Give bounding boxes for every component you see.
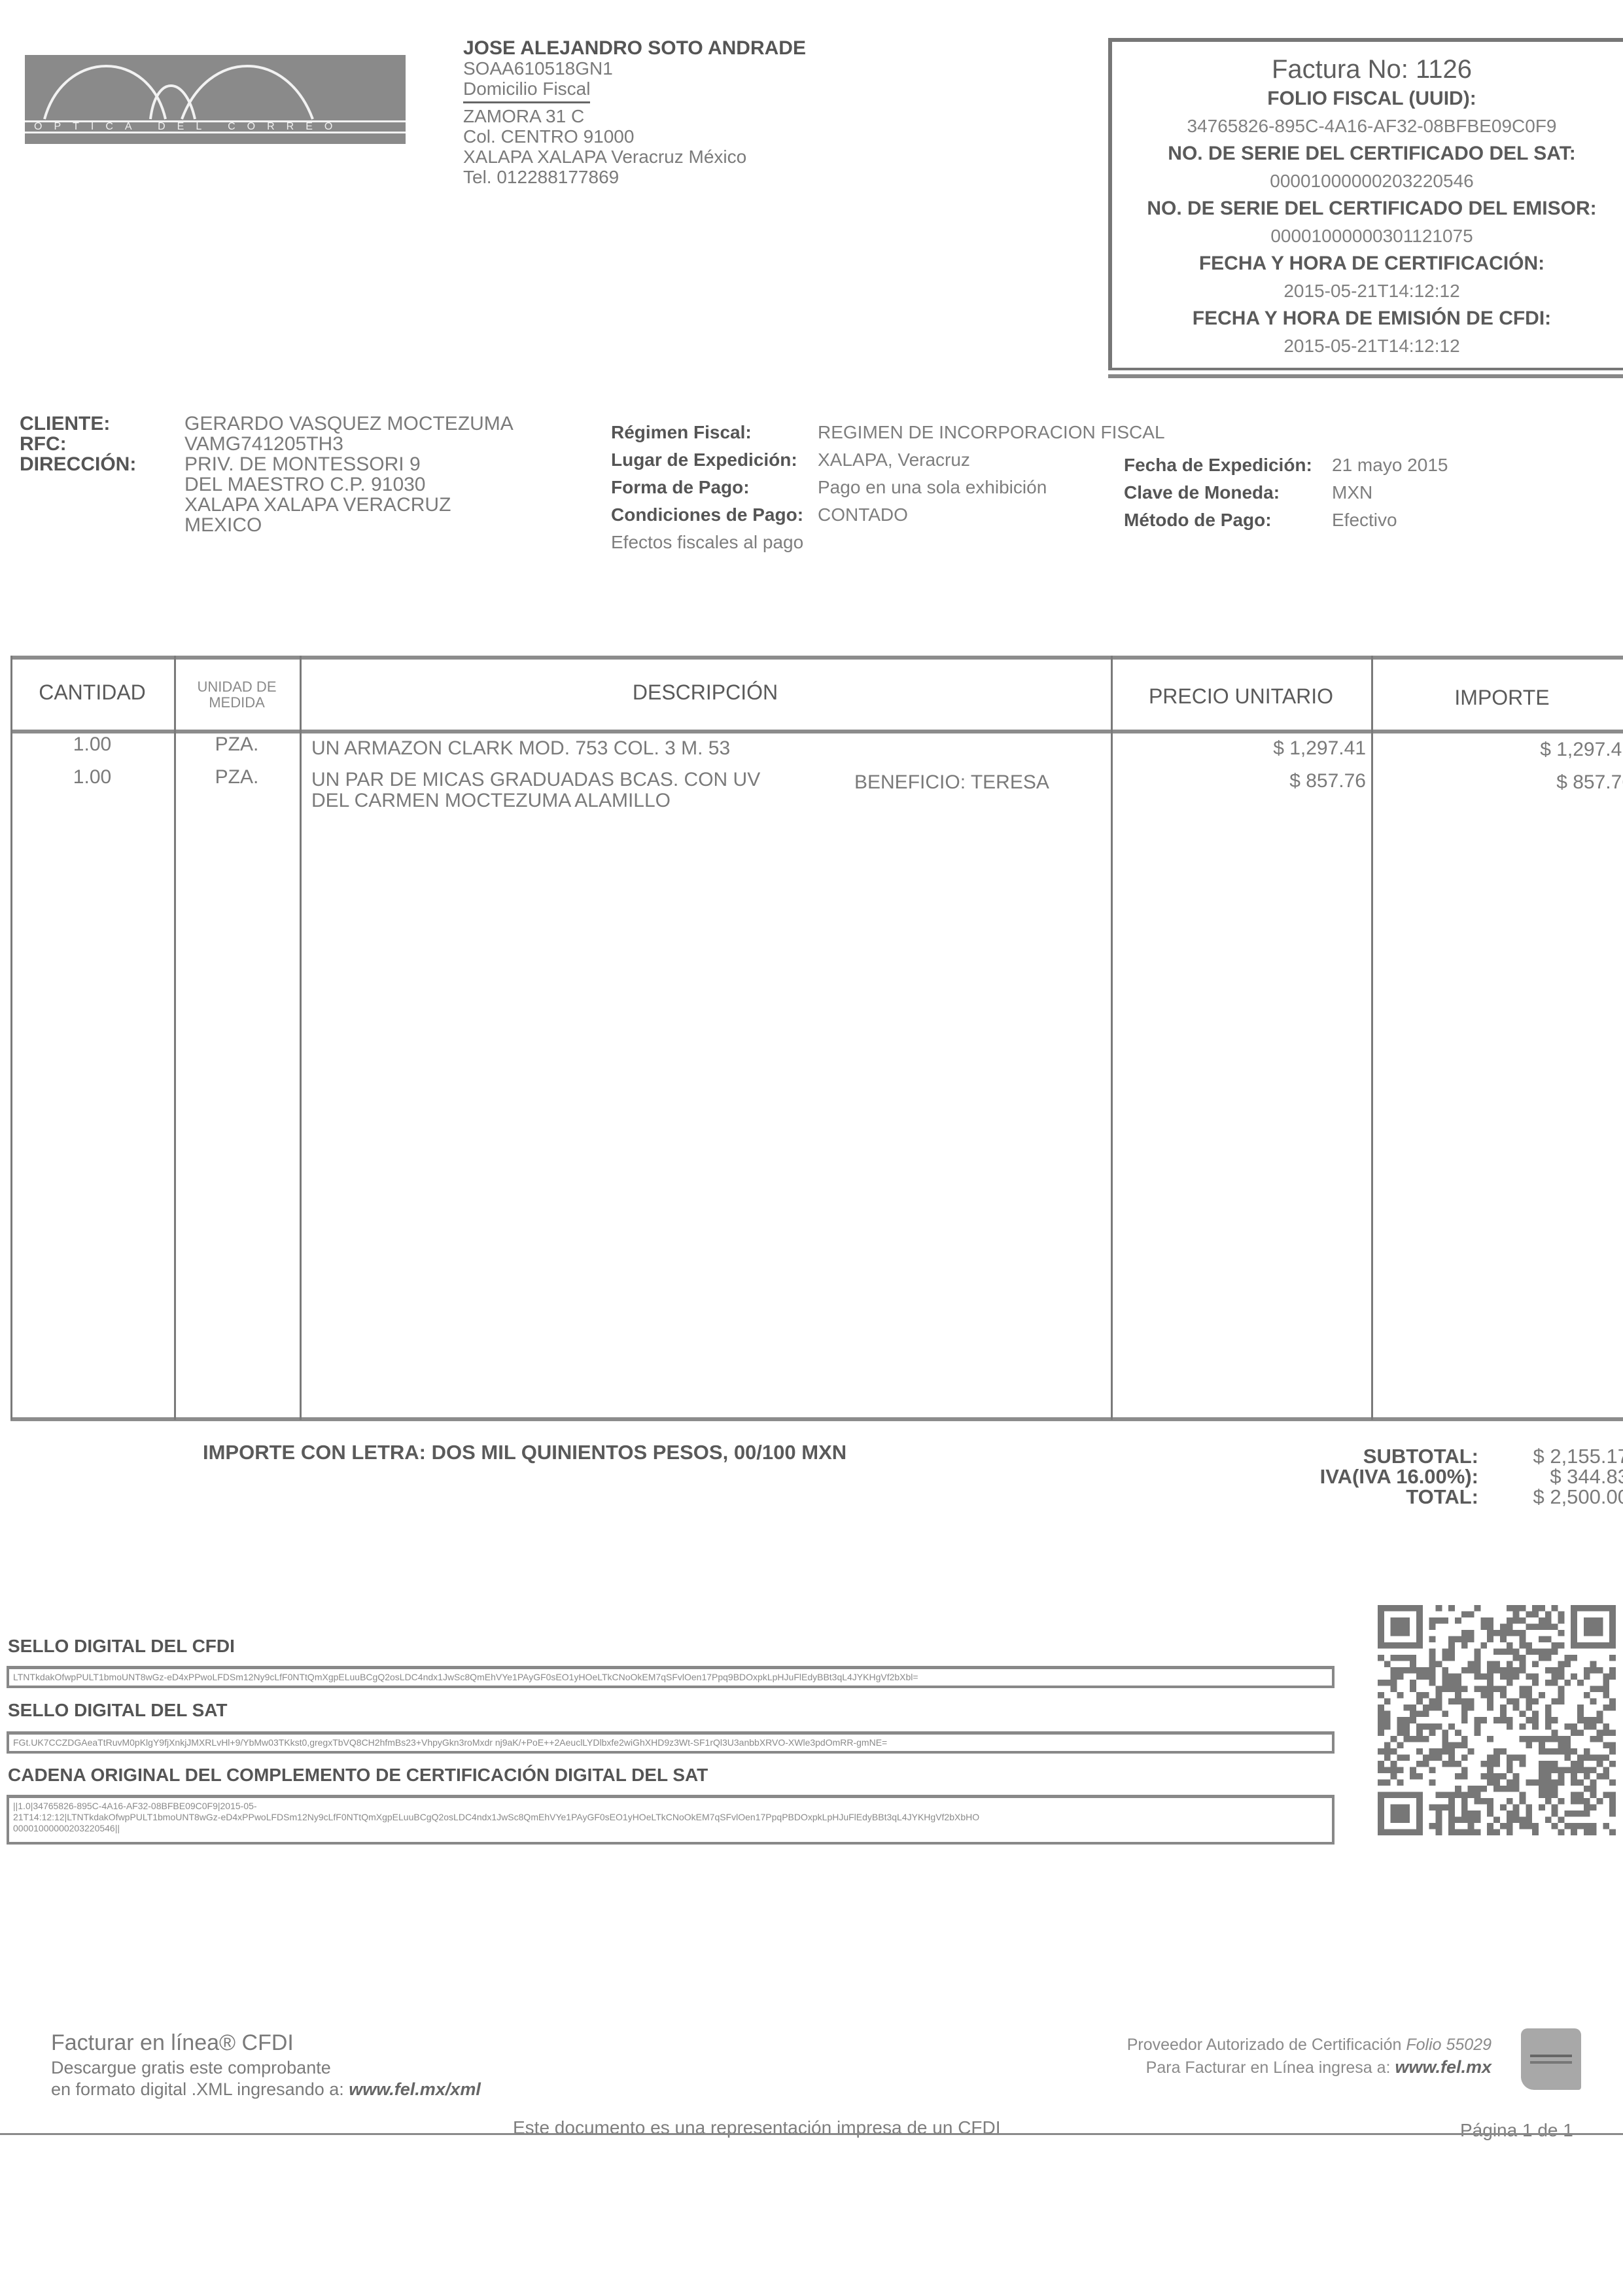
sello-cfdi-title: SELLO DIGITAL DEL CFDI — [8, 1636, 235, 1657]
xml-download-link[interactable]: www.fel.mx/xml — [349, 2079, 481, 2099]
pac-text: Proveedor Autorizado de Certificación — [1127, 2036, 1406, 2054]
client-address-line: PRIV. DE MONTESSORI 9 — [184, 454, 514, 474]
header-cantidad: CANTIDAD — [10, 680, 174, 705]
header-unidad-line: MEDIDA — [174, 695, 300, 711]
items-table: CANTIDAD UNIDAD DE MEDIDA DESCRIPCIÓN PR… — [10, 656, 1623, 1421]
footer-left: Facturar en línea® CFDI Descargue gratis… — [51, 2028, 481, 2100]
row-precio: $ 857.76 — [1111, 769, 1366, 793]
forma-label: Forma de Pago: — [611, 474, 818, 501]
client-values: GERARDO VASQUEZ MOCTEZUMA VAMG741205TH3 … — [184, 414, 514, 535]
fecha-value: 21 mayo 2015 — [1332, 451, 1448, 479]
regimen-label: Régimen Fiscal: — [611, 419, 818, 446]
issuer-address-line: ZAMORA 31 C — [463, 106, 806, 126]
row-importe: $ 857.76 — [1371, 771, 1623, 794]
client-address-line: MEXICO — [184, 515, 514, 535]
row-cantidad: 1.00 — [10, 766, 174, 789]
client-address-line: XALAPA XALAPA VERACRUZ — [184, 495, 514, 515]
moneda-label: Clave de Moneda: — [1124, 479, 1332, 506]
row-descripcion: UN ARMAZON CLARK MOD. 753 COL. 3 M. 53 — [311, 737, 730, 760]
footer-right: Proveedor Autorizado de Certificación Fo… — [1047, 2034, 1492, 2079]
emit-date-value: 2015-05-21T14:12:12 — [1112, 332, 1623, 360]
cadena-line: ||1.0|34765826-895C-4A16-AF32-08BFBE09C0… — [13, 1801, 1328, 1812]
subtotal-label: SUBTOTAL: — [1243, 1446, 1478, 1466]
row-importe: $ 1,297.41 — [1371, 738, 1623, 762]
disclaimer: Este documento es una representación imp… — [513, 2117, 1001, 2138]
totals-labels: SUBTOTAL: IVA(IVA 16.00%): TOTAL: — [1243, 1446, 1478, 1507]
footer-brand: Facturar en línea® CFDI — [51, 2028, 481, 2057]
invoice-number: Factura No: 1126 — [1112, 54, 1623, 85]
fecha-label: Fecha de Expedición: — [1124, 451, 1332, 479]
issuer-address-line: XALAPA XALAPA Veracruz México — [463, 147, 806, 167]
address-label: DIRECCIÓN: — [20, 454, 136, 474]
footer-line: Descargue gratis este comprobante — [51, 2057, 481, 2079]
cadena-line: 00001000000203220546|| — [13, 1823, 1328, 1834]
col-divider — [300, 656, 302, 1420]
company-logo: OPTICA DEL CORREO — [25, 55, 406, 144]
issuer-phone: Tel. 012288177869 — [463, 167, 806, 187]
header-unidad: UNIDAD DE MEDIDA — [174, 679, 300, 711]
emisor-cert-label: NO. DE SERIE DEL CERTIFICADO DEL EMISOR: — [1112, 195, 1623, 222]
importe-con-letra: IMPORTE CON LETRA: DOS MIL QUINIENTOS PE… — [203, 1441, 846, 1464]
sat-cert-label: NO. DE SERIE DEL CERTIFICADO DEL SAT: — [1112, 140, 1623, 168]
fiscal-info-2: Fecha de Expedición:21 mayo 2015 Clave d… — [1124, 451, 1448, 534]
sat-cert-value: 00001000000203220546 — [1112, 168, 1623, 195]
condiciones-value: CONTADO — [818, 501, 908, 529]
uuid-value: 34765826-895C-4A16-AF32-08BFBE09C0F9 — [1112, 113, 1623, 140]
cadena-line: 21T14:12:12|LTNTkdakOfwpPULT1bmoUNT8wGz-… — [13, 1812, 1328, 1823]
sat-seal-icon — [1521, 2028, 1581, 2090]
row-descripcion: UN PAR DE MICAS GRADUADAS BCAS. CON UV — [311, 768, 760, 792]
client-name: GERARDO VASQUEZ MOCTEZUMA — [184, 414, 514, 434]
client-label: CLIENTE: — [20, 414, 136, 434]
client-rfc: VAMG741205TH3 — [184, 434, 514, 454]
moneda-value: MXN — [1332, 479, 1372, 506]
logo-text: OPTICA DEL CORREO — [25, 120, 406, 133]
forma-value: Pago en una sola exhibición — [818, 474, 1047, 501]
footer-rule — [0, 2133, 1623, 2135]
table-rule — [10, 1417, 1623, 1421]
iva-label: IVA(IVA 16.00%): — [1243, 1466, 1478, 1487]
row-nota: BENEFICIO: TERESA — [854, 771, 1049, 794]
efectos-fiscales: Efectos fiscales al pago — [611, 529, 1165, 556]
fel-link[interactable]: www.fel.mx — [1395, 2057, 1492, 2077]
header-importe: IMPORTE — [1371, 686, 1623, 710]
qr-code-icon — [1378, 1605, 1616, 1835]
row-precio: $ 1,297.41 — [1111, 737, 1366, 760]
total-label: TOTAL: — [1243, 1487, 1478, 1507]
emisor-cert-value: 00001000000301121075 — [1112, 222, 1623, 250]
metodo-value: Efectivo — [1332, 506, 1397, 534]
lugar-value: XALAPA, Veracruz — [818, 446, 970, 474]
fiscal-info: Régimen Fiscal:REGIMEN DE INCORPORACION … — [611, 419, 1165, 556]
footer-line-text: en formato digital .XML ingresando a: — [51, 2079, 349, 2099]
lugar-label: Lugar de Expedición: — [611, 446, 818, 474]
row-cantidad: 1.00 — [10, 733, 174, 756]
metodo-label: Método de Pago: — [1124, 506, 1332, 534]
domicilio-label: Domicilio Fiscal — [463, 79, 590, 103]
row-unidad: PZA. — [174, 733, 300, 756]
cert-date-value: 2015-05-21T14:12:12 — [1112, 277, 1623, 305]
header-descripcion: DESCRIPCIÓN — [300, 680, 1111, 705]
condiciones-label: Condiciones de Pago: — [611, 501, 818, 529]
table-rule — [10, 656, 1623, 660]
regimen-value: REGIMEN DE INCORPORACION FISCAL — [818, 419, 1165, 446]
iva-value: $ 344.83 — [1518, 1466, 1623, 1487]
sello-cfdi-box: LTNTkdakOfwpPULT1bmoUNT8wGz-eD4xPPwoLFDS… — [7, 1666, 1335, 1688]
invoice-info-box: Factura No: 1126 FOLIO FISCAL (UUID): 34… — [1108, 38, 1623, 370]
arches-logo-icon — [25, 55, 406, 120]
issuer-block: JOSE ALEJANDRO SOTO ANDRADE SOAA610518GN… — [463, 38, 806, 187]
cadena-original-title: CADENA ORIGINAL DEL COMPLEMENTO DE CERTI… — [8, 1765, 708, 1786]
issuer-address-line: Col. CENTRO 91000 — [463, 126, 806, 147]
emit-date-label: FECHA Y HORA DE EMISIÓN DE CFDI: — [1112, 305, 1623, 332]
client-address-line: DEL MAESTRO C.P. 91030 — [184, 474, 514, 495]
header-unidad-line: UNIDAD DE — [174, 679, 300, 695]
total-value: $ 2,500.00 — [1518, 1487, 1623, 1507]
row-unidad: PZA. — [174, 766, 300, 789]
rfc-label: RFC: — [20, 434, 136, 454]
subtotal-value: $ 2,155.17 — [1518, 1446, 1623, 1466]
cert-date-label: FECHA Y HORA DE CERTIFICACIÓN: — [1112, 250, 1623, 277]
client-labels: CLIENTE: RFC: DIRECCIÓN: — [20, 414, 136, 474]
sello-sat-box: FGt.UK7CCZDGAeaTtRuvM0pKlgY9fjXnkjJMXRLv… — [7, 1731, 1335, 1754]
footer-line: en formato digital .XML ingresando a: ww… — [51, 2079, 481, 2100]
totals-values: $ 2,155.17 $ 344.83 $ 2,500.00 — [1518, 1446, 1623, 1507]
sello-sat-title: SELLO DIGITAL DEL SAT — [8, 1700, 228, 1721]
header-precio: PRECIO UNITARIO — [1111, 684, 1371, 709]
page-number: Página 1 de 1 — [1460, 2120, 1573, 2141]
row-descripcion-cont: DEL CARMEN MOCTEZUMA ALAMILLO — [311, 789, 671, 813]
uuid-label: FOLIO FISCAL (UUID): — [1112, 85, 1623, 113]
cadena-original-box: ||1.0|34765826-895C-4A16-AF32-08BFBE09C0… — [7, 1795, 1335, 1845]
pac-line2: Para Facturar en Línea ingresa a: — [1146, 2058, 1395, 2077]
issuer-name: JOSE ALEJANDRO SOTO ANDRADE — [463, 38, 806, 58]
issuer-rfc: SOAA610518GN1 — [463, 58, 806, 79]
pac-folio: Folio 55029 — [1406, 2036, 1492, 2054]
